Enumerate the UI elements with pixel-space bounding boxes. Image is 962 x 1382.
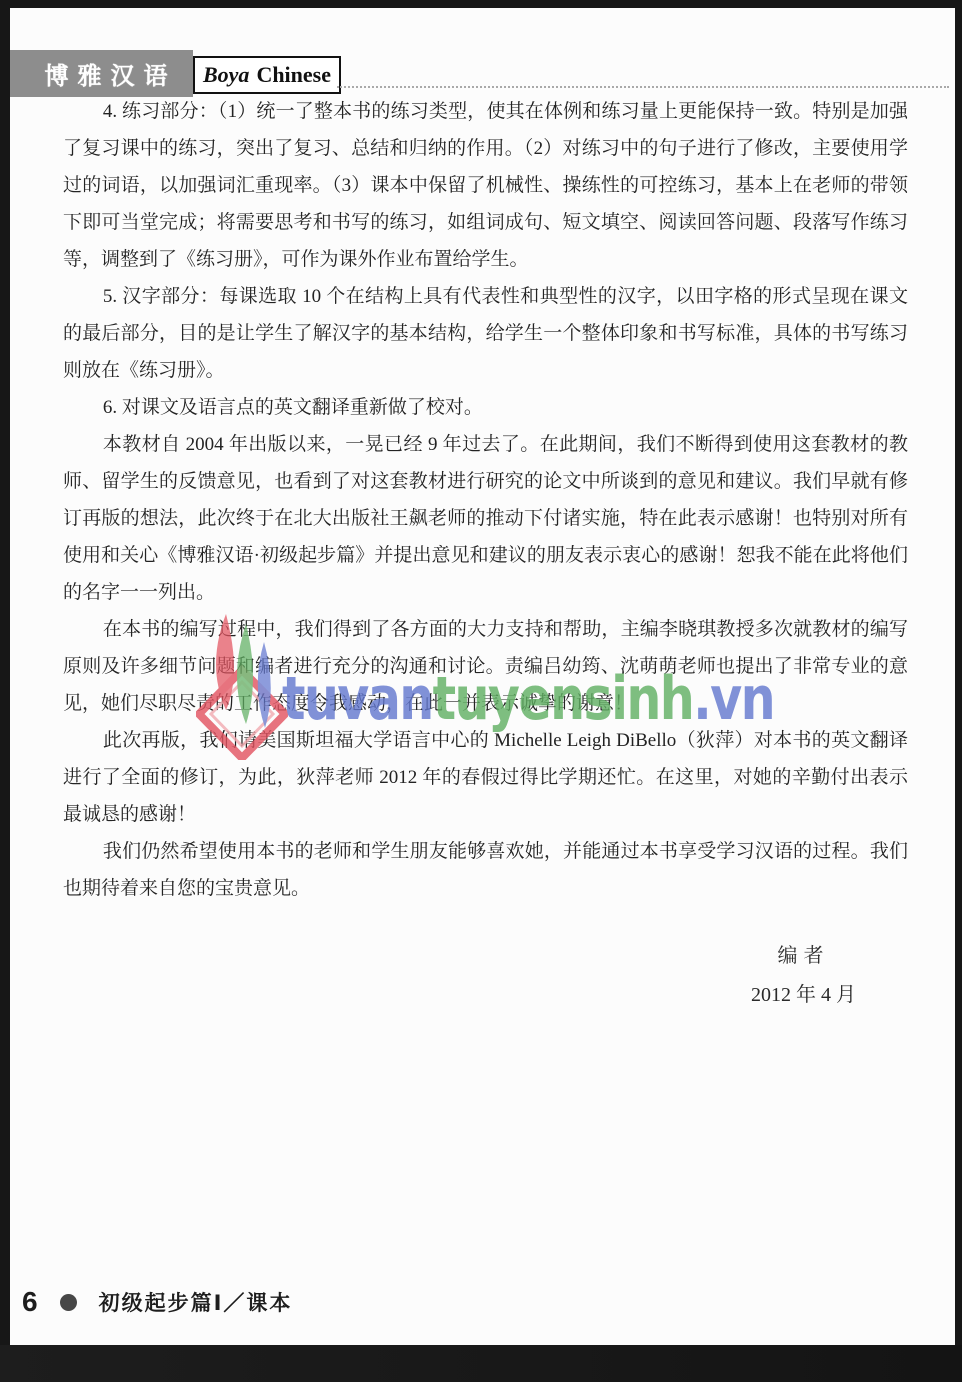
header-band: 博雅汉语 [10,50,193,97]
paragraph-acknowledgement-editors: 在本书的编写过程中，我们得到了各方面的大力支持和帮助，主编李晓琪教授多次就教材的… [63,611,908,722]
paragraph-characters: 5. 汉字部分：每课选取 10 个在结构上具有代表性和典型性的汉字，以田字格的形… [63,278,908,389]
brand-english-regular: Chinese [256,62,331,88]
page-footer: 6 初级起步篇Ⅰ／课本 [22,1286,292,1318]
bullet-icon [60,1294,77,1311]
scan-border-left [0,0,10,1382]
paragraph-closing: 我们仍然希望使用本书的老师和学生朋友能够喜欢她，并能通过本书享受学习汉语的过程。… [63,833,908,907]
scan-border-top [0,0,962,8]
brand-english-box: Boya Chinese [193,56,341,94]
brand-chinese-label: 博雅汉语 [27,56,177,91]
signature-date: 2012 年 4 月 [751,975,856,1015]
paragraph-history: 本教材自 2004 年出版以来，一晃已经 9 年过去了。在此期间，我们不断得到使… [63,426,908,611]
book-title-label: 初级起步篇Ⅰ／课本 [99,1287,293,1317]
scanned-page: 博雅汉语 Boya Chinese 4. 练习部分：（1）统一了整本书的练习类型… [0,0,962,1382]
signature-author: 编者 [751,935,856,975]
preface-text: 4. 练习部分：（1）统一了整本书的练习类型，使其在体例和练习量上更能保持一致。… [63,93,908,1015]
page-number: 6 [22,1286,38,1318]
scan-border-bottom [0,1345,962,1382]
scan-border-right [955,0,962,1382]
signature-block: 编者 2012 年 4 月 [751,935,856,1015]
brand-english-italic: Boya [203,62,249,88]
paragraph-exercises: 4. 练习部分：（1）统一了整本书的练习类型，使其在体例和练习量上更能保持一致。… [63,93,908,278]
paragraph-acknowledgement-translator: 此次再版，我们请美国斯坦福大学语言中心的 Michelle Leigh DiBe… [63,722,908,833]
header-dotted-rule [337,86,949,88]
paragraph-translation: 6. 对课文及语言点的英文翻译重新做了校对。 [63,389,908,426]
